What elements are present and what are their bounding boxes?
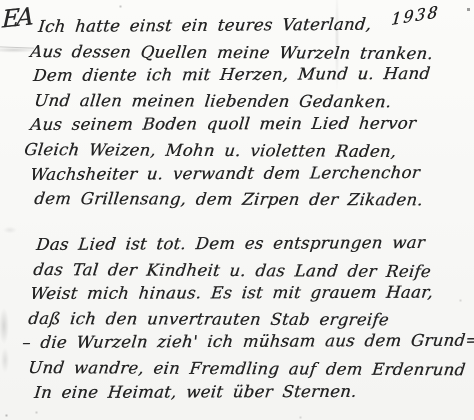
poem-stanza-1: Ich hatte einst ein teures Vaterland, Au… — [0, 17, 433, 214]
poem-line: Dem diente ich mit Herzen, Mund u. Hand — [32, 64, 435, 91]
poem-line: Weist mich hinaus. Es ist mit grauem Haa… — [29, 283, 474, 309]
scan-speckles — [0, 0, 1, 1]
poem-line: Ich hatte einst ein teures Vaterland, — [37, 14, 435, 41]
poem-line: Wachsheiter u. verwandt dem Lerchenchor — [29, 162, 435, 189]
poem-line: dem Grillensang, dem Zirpen der Zikaden. — [33, 189, 434, 215]
poem-stanza-2: Das Lied ist tot. Dem es entsprungen war… — [0, 235, 474, 407]
poem-line: Das Lied ist tot. Dem es entsprungen war — [35, 233, 474, 260]
manuscript-page: EA 1938 Ich hatte einst ein teures Vater… — [0, 0, 474, 420]
poem-line: Aus seinem Boden quoll mein Lied hervor — [29, 114, 435, 140]
poem-line: In eine Heimat, weit über Sternen. — [33, 381, 474, 407]
poem-line: – die Wurzeln zieh' ich mühsam aus dem G… — [21, 331, 474, 358]
